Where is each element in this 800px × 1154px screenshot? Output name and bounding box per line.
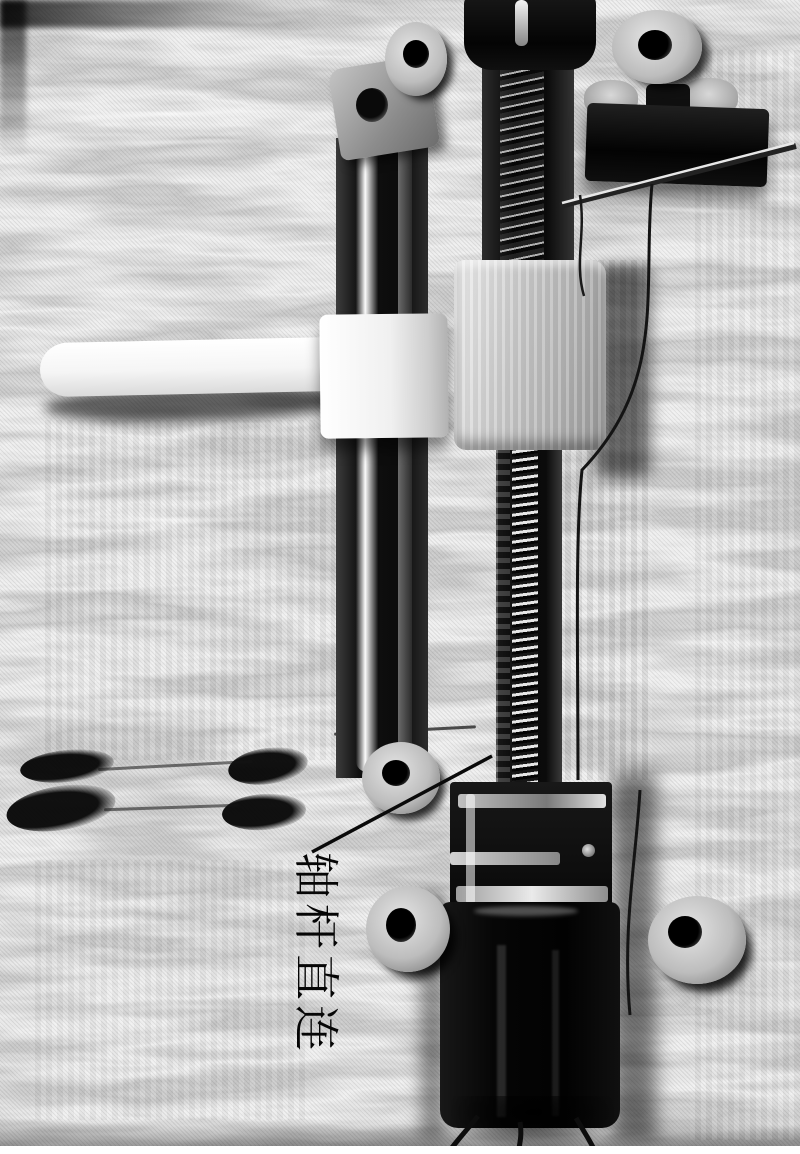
overlay-lines: [0, 0, 800, 1154]
annotation-leader-line: [312, 756, 492, 852]
switch-lever-shadow: [560, 146, 796, 206]
annotation-label: 轴杆直连: [286, 852, 352, 1056]
motor-side-wire: [628, 790, 640, 1015]
switch-lever: [562, 143, 794, 203]
switch-signal-wire: [580, 195, 584, 296]
switch-signal-wire: [577, 184, 652, 780]
photo-lead-screw-actuator: 轴杆直连: [0, 0, 800, 1154]
bottom-margin: [0, 1146, 800, 1154]
